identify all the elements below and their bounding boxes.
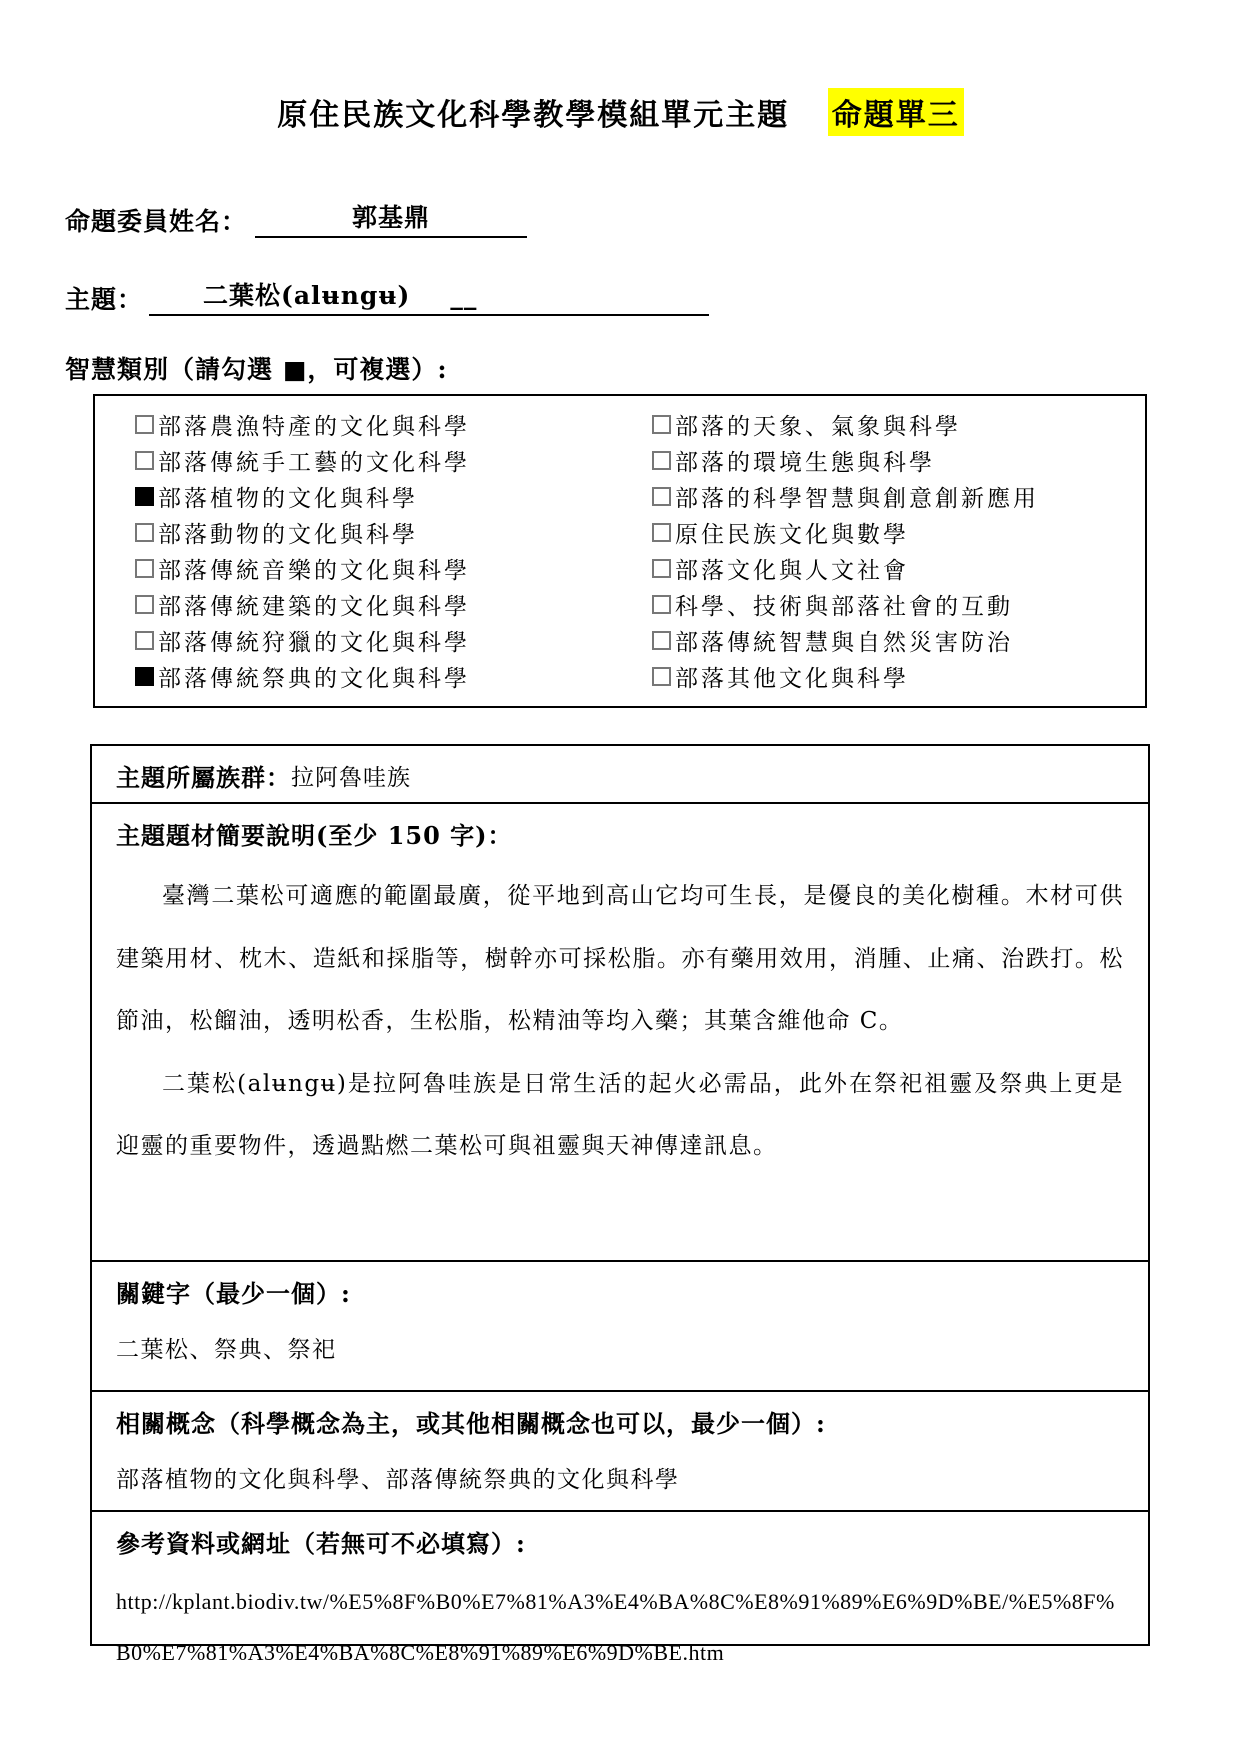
checkbox-label: 部落的環境生態與科學 bbox=[675, 444, 935, 477]
topic-field: 主題：二葉松(alʉngʉ)__ bbox=[65, 276, 1241, 316]
checkbox-unchecked-icon[interactable] bbox=[652, 667, 671, 686]
checkbox-unchecked-icon[interactable] bbox=[135, 559, 154, 578]
checkbox-item: 部落動物的文化與科學 bbox=[135, 514, 620, 550]
description-paragraph: 臺灣二葉松可適應的範圍最廣，從平地到高山它均可生長，是優良的美化樹種。木材可供建… bbox=[116, 865, 1124, 1053]
committee-field: 命題委員姓名：郭基鼎 bbox=[65, 198, 1241, 238]
description-body: 臺灣二葉松可適應的範圍最廣，從平地到高山它均可生長，是優良的美化樹種。木材可供建… bbox=[116, 865, 1124, 1178]
keywords-label: 關鍵字（最少一個）: bbox=[116, 1274, 1124, 1309]
checkbox-unchecked-icon[interactable] bbox=[652, 631, 671, 650]
checkbox-label: 部落傳統手工藝的文化科學 bbox=[158, 444, 470, 477]
checkbox-label: 部落的天象、氣象與科學 bbox=[675, 408, 961, 441]
page-title-text: 原住民族文化科學教學模組單元主題 bbox=[277, 90, 789, 134]
checkbox-unchecked-icon[interactable] bbox=[652, 451, 671, 470]
checkbox-item: 原住民族文化與數學 bbox=[652, 514, 1145, 550]
checkbox-unchecked-icon[interactable] bbox=[135, 631, 154, 650]
checkbox-label: 部落文化與人文社會 bbox=[675, 552, 909, 585]
concepts-label: 相關概念（科學概念為主，或其他相關概念也可以，最少一個）: bbox=[116, 1404, 1124, 1439]
description-row: 主題題材簡要說明(至少 150 字)： 臺灣二葉松可適應的範圍最廣，從平地到高山… bbox=[92, 804, 1148, 1262]
checkbox-item: 部落其他文化與科學 bbox=[652, 658, 1145, 694]
topic-suffix: __ bbox=[450, 281, 477, 310]
checkbox-label: 部落的科學智慧與創意創新應用 bbox=[675, 480, 1039, 513]
checkbox-unchecked-icon[interactable] bbox=[652, 487, 671, 506]
checkbox-unchecked-icon[interactable] bbox=[652, 523, 671, 542]
reference-row: 參考資料或網址（若無可不必填寫）: http://kplant.biodiv.t… bbox=[92, 1512, 1148, 1644]
category-column-right: 部落的天象、氣象與科學部落的環境生態與科學部落的科學智慧與創意創新應用原住民族文… bbox=[620, 406, 1145, 694]
category-checkbox-box: 部落農漁特產的文化與科學部落傳統手工藝的文化科學部落植物的文化與科學部落動物的文… bbox=[93, 394, 1147, 708]
description-paragraph: 二葉松(alʉngʉ)是拉阿魯哇族是日常生活的起火必需品，此外在祭祀祖靈及祭典上… bbox=[116, 1053, 1124, 1178]
concepts-row: 相關概念（科學概念為主，或其他相關概念也可以，最少一個）: 部落植物的文化與科學… bbox=[92, 1392, 1148, 1512]
checkbox-label: 部落其他文化與科學 bbox=[675, 660, 909, 693]
checkbox-item: 部落的科學智慧與創意創新應用 bbox=[652, 478, 1145, 514]
checkbox-label: 原住民族文化與數學 bbox=[675, 516, 909, 549]
checkbox-item: 部落傳統智慧與自然災害防治 bbox=[652, 622, 1145, 658]
checkbox-item: 部落傳統狩獵的文化與科學 bbox=[135, 622, 620, 658]
checkbox-item: 科學、技術與部落社會的互動 bbox=[652, 586, 1145, 622]
checkbox-checked-icon[interactable] bbox=[135, 487, 154, 506]
checkbox-checked-icon[interactable] bbox=[135, 667, 154, 686]
reference-url: http://kplant.biodiv.tw/%E5%8F%B0%E7%81%… bbox=[116, 1577, 1124, 1678]
checkbox-unchecked-icon[interactable] bbox=[135, 595, 154, 614]
checkbox-label: 部落動物的文化與科學 bbox=[158, 516, 418, 549]
checkbox-item: 部落傳統祭典的文化與科學 bbox=[135, 658, 620, 694]
checkbox-label: 部落傳統建築的文化與科學 bbox=[158, 588, 470, 621]
checkbox-unchecked-icon[interactable] bbox=[135, 523, 154, 542]
keywords-value: 二葉松、祭典、祭祀 bbox=[116, 1331, 1124, 1364]
checkbox-item: 部落傳統建築的文化與科學 bbox=[135, 586, 620, 622]
topic-label: 主題： bbox=[65, 280, 143, 316]
document-page: 原住民族文化科學教學模組單元主題 命題單三 命題委員姓名：郭基鼎 主題：二葉松(… bbox=[0, 0, 1241, 1755]
category-section-header: 智慧類別（請勾選 ■，可複選）: bbox=[65, 350, 1241, 386]
checkbox-item: 部落的環境生態與科學 bbox=[652, 442, 1145, 478]
description-label: 主題題材簡要說明(至少 150 字)： bbox=[116, 816, 1124, 851]
checkbox-label: 部落傳統祭典的文化與科學 bbox=[158, 660, 470, 693]
checkbox-label: 部落傳統智慧與自然災害防治 bbox=[675, 624, 1013, 657]
concepts-value: 部落植物的文化與科學、部落傳統祭典的文化與科學 bbox=[116, 1461, 1124, 1494]
ethnic-group-value: 拉阿魯哇族 bbox=[291, 759, 411, 792]
checkbox-unchecked-icon[interactable] bbox=[652, 559, 671, 578]
checkbox-label: 科學、技術與部落社會的互動 bbox=[675, 588, 1013, 621]
topic-value-field: 二葉松(alʉngʉ)__ bbox=[149, 276, 709, 316]
checkbox-label: 部落傳統狩獵的文化與科學 bbox=[158, 624, 470, 657]
checkbox-unchecked-icon[interactable] bbox=[135, 415, 154, 434]
committee-label: 命題委員姓名： bbox=[65, 202, 247, 238]
checkbox-item: 部落的天象、氣象與科學 bbox=[652, 406, 1145, 442]
checkbox-unchecked-icon[interactable] bbox=[652, 415, 671, 434]
checkbox-label: 部落農漁特產的文化與科學 bbox=[158, 408, 470, 441]
reference-label: 參考資料或網址（若無可不必填寫）: bbox=[116, 1524, 1124, 1559]
detail-table: 主題所屬族群：拉阿魯哇族 主題題材簡要說明(至少 150 字)： 臺灣二葉松可適… bbox=[90, 744, 1150, 1646]
checkbox-item: 部落農漁特產的文化與科學 bbox=[135, 406, 620, 442]
checkbox-unchecked-icon[interactable] bbox=[135, 451, 154, 470]
keywords-row: 關鍵字（最少一個）: 二葉松、祭典、祭祀 bbox=[92, 1262, 1148, 1392]
checkbox-label: 部落傳統音樂的文化與科學 bbox=[158, 552, 470, 585]
checkbox-item: 部落傳統手工藝的文化科學 bbox=[135, 442, 620, 478]
checkbox-item: 部落傳統音樂的文化與科學 bbox=[135, 550, 620, 586]
page-title: 原住民族文化科學教學模組單元主題 命題單三 bbox=[0, 0, 1241, 136]
ethnic-group-row: 主題所屬族群：拉阿魯哇族 bbox=[92, 746, 1148, 804]
checkbox-unchecked-icon[interactable] bbox=[652, 595, 671, 614]
checkbox-item: 部落文化與人文社會 bbox=[652, 550, 1145, 586]
category-column-left: 部落農漁特產的文化與科學部落傳統手工藝的文化科學部落植物的文化與科學部落動物的文… bbox=[95, 406, 620, 694]
checkbox-item: 部落植物的文化與科學 bbox=[135, 478, 620, 514]
page-title-highlight: 命題單三 bbox=[828, 88, 964, 136]
committee-name-field: 郭基鼎 bbox=[255, 198, 527, 238]
ethnic-group-label: 主題所屬族群： bbox=[116, 758, 291, 793]
topic-value-text: 二葉松(alʉngʉ) bbox=[203, 281, 410, 310]
checkbox-label: 部落植物的文化與科學 bbox=[158, 480, 418, 513]
